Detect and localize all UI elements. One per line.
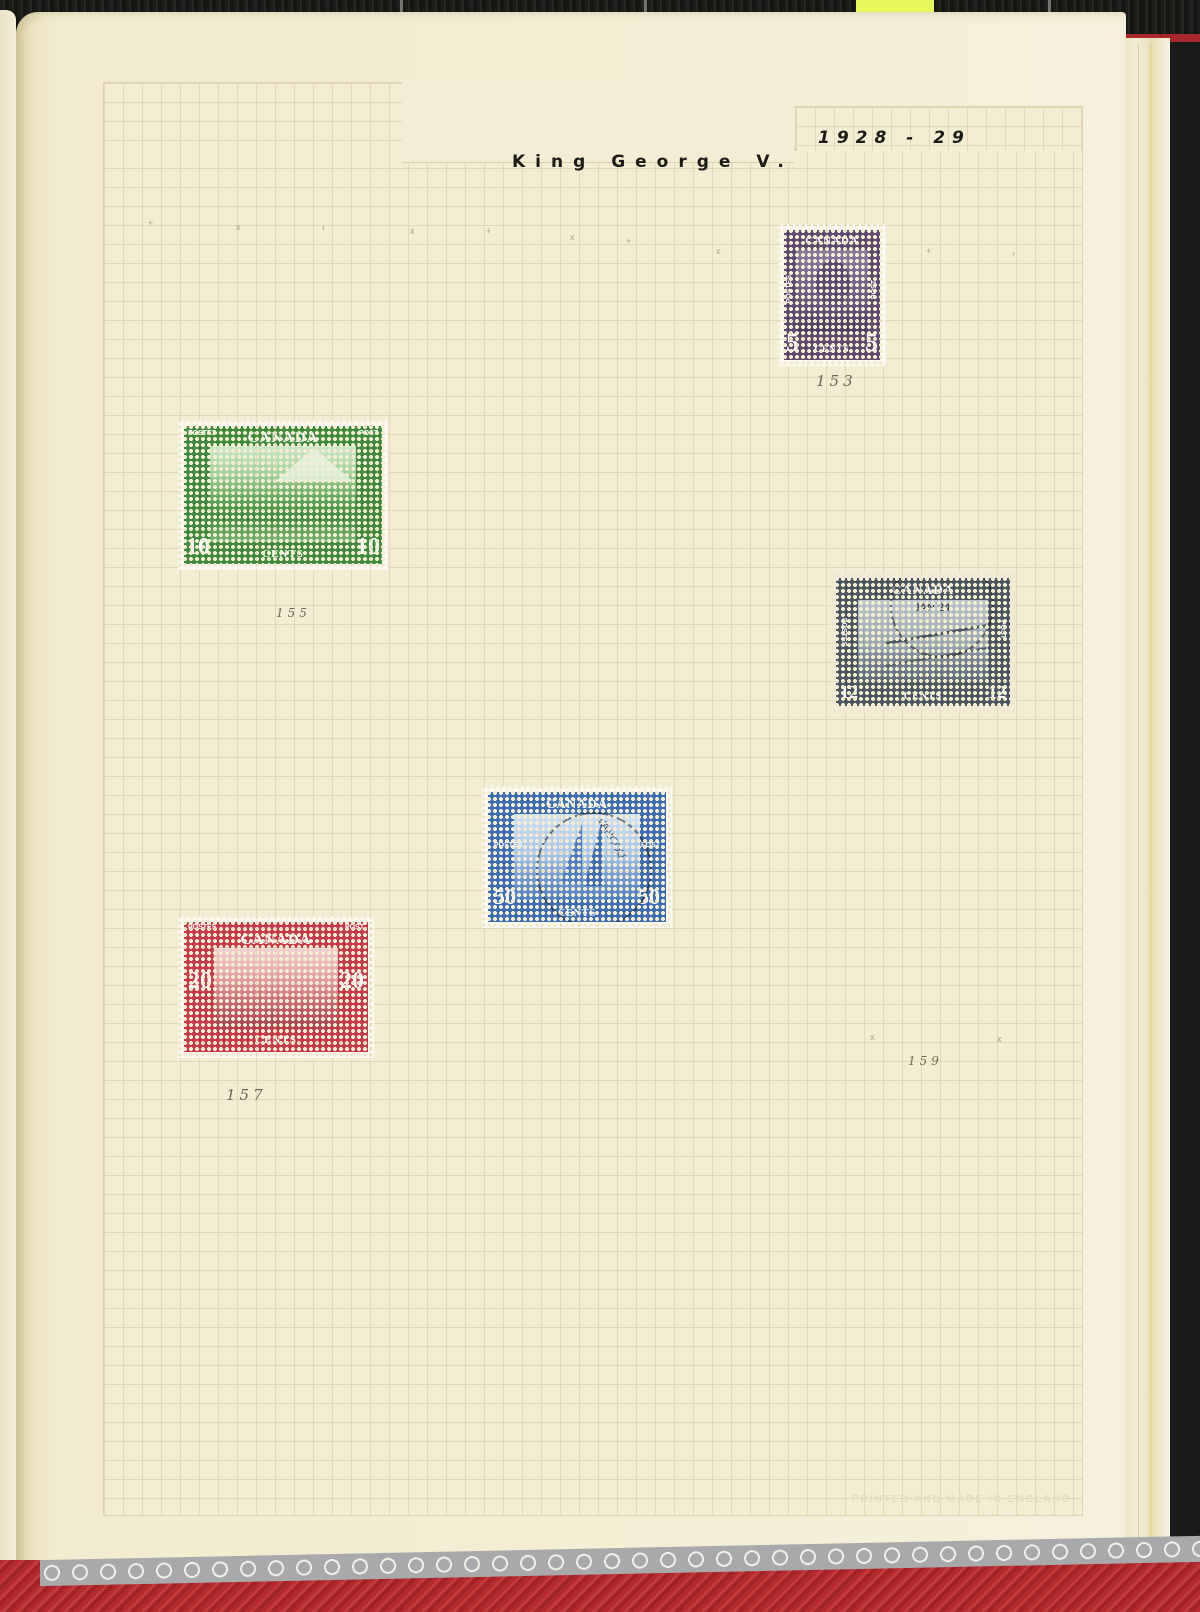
stamp-5-cents[interactable]: CANADA POSTES POST 5 5 CENTS	[778, 224, 886, 366]
left-page-edge	[0, 10, 16, 1610]
stamp-right-label: POST	[871, 280, 878, 299]
page-edge-line	[1150, 44, 1152, 1544]
empty-slot-number: 159	[908, 1054, 943, 1068]
quadrille-grid-top-left	[103, 82, 403, 151]
page-edge-line	[1138, 44, 1139, 1544]
placement-mark: +	[148, 218, 153, 228]
printer-imprint: PRINTED AND MADE IN ENGLAND	[852, 1494, 1071, 1505]
stamp-value-left: 20	[188, 968, 212, 995]
placement-mark: +	[626, 236, 631, 246]
stamp-country: CANADA	[488, 796, 666, 812]
postmark-circle	[536, 812, 652, 922]
page-title: King George V.	[512, 152, 794, 172]
mountain-peak	[274, 448, 354, 482]
stamp-right-label: POST	[359, 430, 378, 437]
stamp-20-cents[interactable]: CANADA POSTES POST 20 20 CENTS	[178, 916, 374, 1058]
stamp-left-label: POSTES	[786, 275, 793, 303]
year-range: 1928 - 29	[818, 128, 971, 148]
postmark-date: JAN 24	[914, 602, 950, 614]
stamp-unit: CENTS	[784, 344, 880, 354]
stamp-10-cents[interactable]: CANADA POSTES POST 10 10 CENTS	[178, 420, 388, 570]
title-panel	[402, 80, 794, 163]
catalog-number: 153	[816, 372, 857, 390]
placement-mark: ı	[322, 222, 325, 232]
stamp-left-label: POSTES	[494, 842, 522, 849]
placement-mark: x	[870, 1032, 875, 1042]
stamp-right-label: POST	[999, 620, 1006, 639]
stamp-left-label: POSTES	[840, 618, 847, 646]
placement-mark: x	[570, 232, 575, 242]
stamp-right-label: POST	[345, 924, 364, 931]
portrait-head	[816, 260, 850, 304]
harvest-scene	[214, 948, 338, 1028]
stamp-50-cents[interactable]: CANADA POSTES POST 50 50 CENTS VANCOU	[482, 786, 672, 928]
stamp-country: CANADA	[784, 235, 880, 247]
stamp-value-left: 50	[494, 884, 516, 910]
placement-mark: +	[486, 226, 491, 236]
stamp-unit: CENTS	[184, 548, 382, 560]
stamp-value-right: 20	[340, 968, 364, 995]
stamp-unit: CENTS	[184, 1034, 368, 1046]
placement-mark: x	[236, 222, 241, 232]
page-edge-stack	[1126, 38, 1170, 1558]
catalog-number: 155	[276, 606, 311, 620]
stamp-unit: CENTS	[836, 691, 1010, 702]
placement-mark: x	[997, 1034, 1002, 1044]
placement-mark: +	[926, 246, 931, 256]
stamp-left-label: POSTES	[188, 924, 216, 931]
stamp-country: CANADA	[184, 932, 368, 949]
stamp-left-label: POSTES	[188, 430, 216, 437]
placement-mark: x	[716, 246, 721, 256]
catalog-number: 157	[226, 1086, 267, 1104]
placement-mark: ›	[1012, 248, 1015, 258]
stamp-12-cents[interactable]: CANADA POSTES POST 12 12 CENTS JAN 24	[830, 572, 1016, 712]
placement-mark: x	[410, 226, 415, 236]
